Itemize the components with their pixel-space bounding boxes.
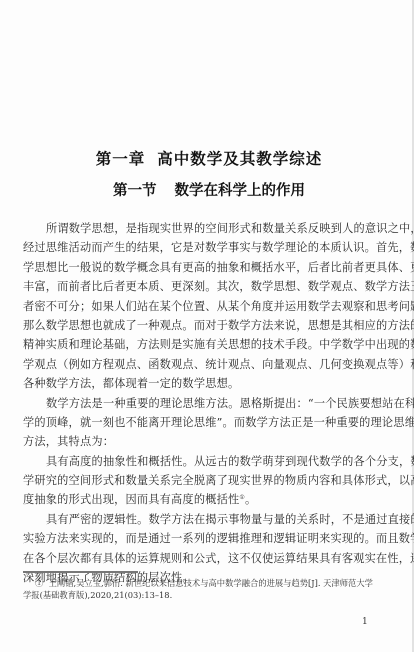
footnote-text: 王阐锴,吴立宝,郭衎. 新世纪以来信息技术与高中数学融合的进展与趋势[J]. 天…	[49, 578, 373, 588]
text-line: 精神实质和理论基础，方法则是实施有关思想的技术手段。中学数学中出现的数	[23, 335, 395, 354]
text-line: 丰富，而前者比后者更本质、更深刻。其次，数学思想、数学观点、数学方法三	[23, 277, 395, 296]
footnote-divider	[23, 571, 138, 573]
paragraph-3: 具有高度的抽象性和概括性。从远古的数学萌芽到现代数学的各个分支，数 学研究的空间…	[23, 452, 395, 588]
chapter-number: 第一章	[96, 149, 146, 168]
text-line: 学思想比一般说的数学概念具有更高的抽象和概括水平，后者比前者更具体、更	[23, 258, 395, 277]
section-name: 数学在科学上的作用	[175, 183, 306, 199]
footnote-line: ① 王阐锴,吴立宝,郭衎. 新世纪以来信息技术与高中数学融合的进展与趋势[J].…	[23, 577, 395, 589]
section-number: 第一节	[113, 183, 157, 199]
paragraph-2: 数学方法是一种重要的理论思维方法。恩格斯提出：“一个民族要想站在科 学的顶峰，就…	[23, 394, 395, 452]
text-line: 在各个层次都有具体的运算规则和公式，这不仅使运算结果具有客观实在性，还	[23, 549, 395, 568]
text-line: 经过思维活动而产生的结果，它是对数学事实与数学理论的本质认识。首先，数	[23, 238, 395, 257]
text-line: 具有严密的逻辑性。数学方法在揭示事物量与量的关系时，不是通过直接的	[23, 510, 395, 529]
text-segment: 度抽象的形式出现，因而具有高度的概括性	[23, 493, 239, 506]
text-line: 学研究的空间形式和数量关系完全脱离了现实世界的物质内容和具体形式，以高	[23, 471, 395, 490]
page-number: 1	[362, 617, 368, 627]
text-line: 数学方法是一种重要的理论思维方法。恩格斯提出：“一个民族要想站在科	[23, 394, 395, 413]
footnote-line: 学报(基础教育版),2020,21(03):13–18.	[23, 589, 395, 601]
footnote: ① 王阐锴,吴立宝,郭衎. 新世纪以来信息技术与高中数学融合的进展与趋势[J].…	[23, 577, 395, 601]
text-line: 实验方法来实现的，而是通过一系列的逻辑推理和逻辑证明来实现的。而且数学	[23, 529, 395, 548]
text-line: 那么数学思想也就成了一种观点。而对于数学方法来说，思想是其相应的方法的	[23, 316, 395, 335]
paragraph-1: 所谓数学思想，是指现实世界的空间形式和数量关系反映到人的意识之中， 经过思维活动…	[23, 219, 395, 394]
text-line: 学的顶峰，就一刻也不能离开理论思维”。而数学方法正是一种重要的理论思维	[23, 413, 395, 432]
text-line: 者密不可分；如果人们站在某个位置、从某个角度并运用数学去观察和思考问题，	[23, 297, 395, 316]
text-line: 具有高度的抽象性和概括性。从远古的数学萌芽到现代数学的各个分支，数	[23, 452, 395, 471]
chapter-title: 第一章高中数学及其教学综述	[23, 147, 395, 169]
text-line-with-footnote: 度抽象的形式出现，因而具有高度的概括性①。	[23, 490, 395, 509]
text-line: 学观点（例如方程观点、函数观点、统计观点、向量观点、几何变换观点等）和	[23, 355, 395, 374]
body-text: 所谓数学思想，是指现实世界的空间形式和数量关系反映到人的意识之中， 经过思维活动…	[23, 219, 395, 587]
chapter-name: 高中数学及其教学综述	[157, 149, 322, 168]
text-line: 所谓数学思想，是指现实世界的空间形式和数量关系反映到人的意识之中，	[23, 219, 395, 238]
text-line: 各种数学方法，都体现着一定的数学思想。	[23, 374, 395, 393]
footnote-marker: ①	[35, 578, 43, 588]
section-title: 第一节数学在科学上的作用	[23, 179, 395, 200]
text-line: 方法，其特点为：	[23, 432, 395, 451]
text-segment: 。	[245, 493, 256, 506]
